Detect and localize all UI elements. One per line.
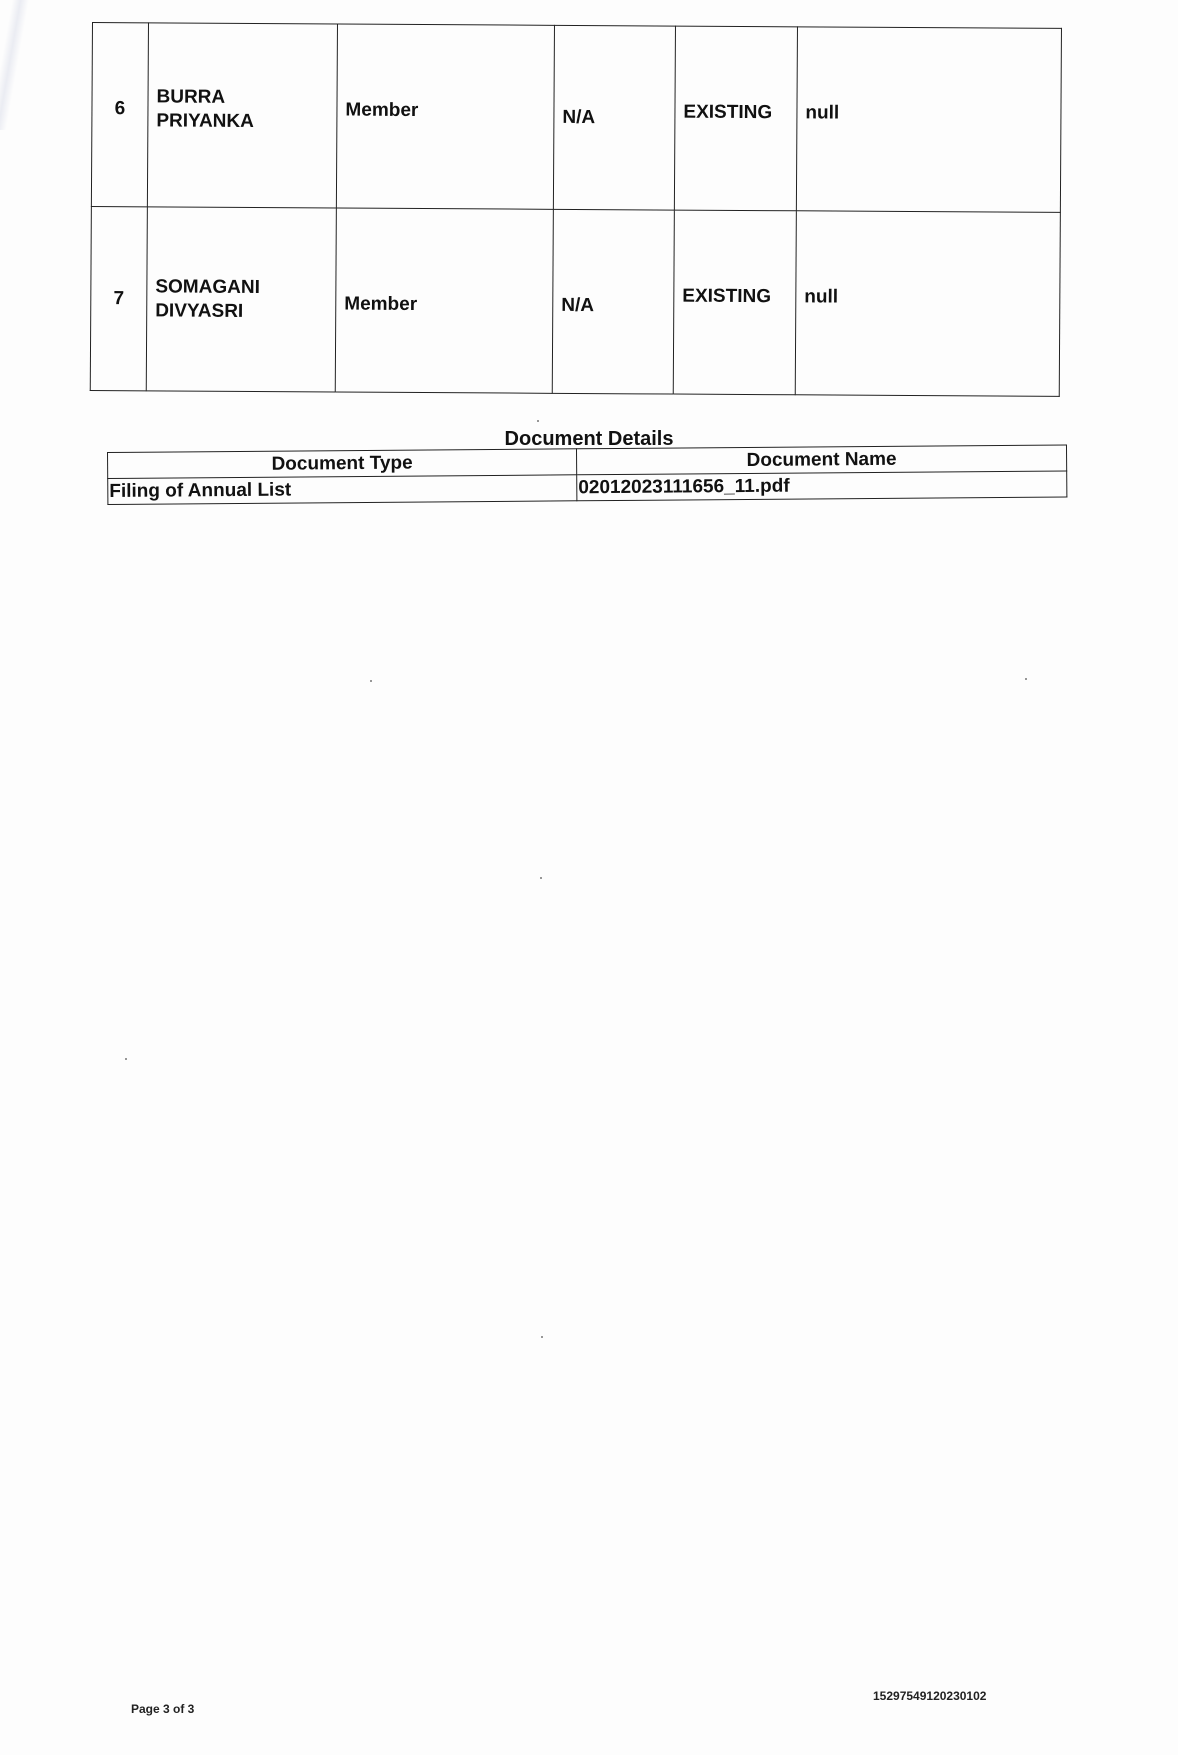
table-row: 7 SOMAGANI DIVYASRI Member N/A EXISTING …: [90, 206, 1060, 396]
member-role-text: Member: [345, 99, 418, 120]
member-status-text: EXISTING: [682, 285, 771, 307]
header-document-type: Document Type: [108, 449, 577, 479]
scan-edge-artifact: [0, 0, 40, 130]
scan-speck: [370, 680, 372, 682]
member-designation: N/A: [552, 209, 674, 394]
members-table: 6 BURRA PRIYANKA Member N/A EXISTING nul…: [90, 22, 1062, 397]
document-details-table: Document Type Document Name Filing of An…: [107, 444, 1067, 505]
row-number-text: 6: [115, 98, 126, 119]
member-name-line2: PRIYANKA: [156, 109, 328, 134]
member-name-text: SOMAGANI DIVYASRI: [155, 275, 327, 324]
member-name: BURRA PRIYANKA: [147, 23, 337, 208]
member-status-text: EXISTING: [683, 101, 772, 123]
document-id: 15297549120230102: [873, 1689, 986, 1703]
member-designation-text: N/A: [561, 294, 594, 315]
document-type-cell: Filing of Annual List: [108, 475, 577, 505]
member-name-text: BURRA PRIYANKA: [156, 85, 328, 134]
row-number: 6: [91, 23, 148, 207]
member-role-text: Member: [344, 293, 417, 314]
member-name-line1: SOMAGANI: [155, 275, 327, 300]
scan-speck: [540, 877, 542, 879]
member-extra-text: null: [805, 102, 839, 123]
member-name-line2: DIVYASRI: [155, 299, 327, 324]
scan-speck: [1025, 678, 1027, 680]
row-number: 7: [90, 206, 147, 390]
header-document-name: Document Name: [576, 445, 1066, 475]
member-extra: null: [795, 211, 1060, 397]
scan-speck: [125, 1058, 127, 1060]
member-extra: null: [796, 27, 1061, 213]
member-extra-text: null: [804, 286, 838, 307]
member-role: Member: [336, 24, 554, 209]
row-number-text: 7: [113, 288, 124, 309]
document-name-cell: 02012023111656_11.pdf: [577, 471, 1067, 501]
member-name-line1: BURRA: [156, 85, 328, 110]
member-designation-text: N/A: [562, 106, 595, 127]
member-status: EXISTING: [674, 26, 797, 211]
scan-speck: [537, 420, 539, 422]
member-status: EXISTING: [673, 210, 796, 395]
member-designation: N/A: [553, 25, 675, 210]
member-name: SOMAGANI DIVYASRI: [146, 207, 336, 392]
page-number: Page 3 of 3: [131, 1702, 194, 1716]
scan-speck: [541, 1336, 543, 1338]
member-role: Member: [335, 208, 553, 393]
table-row: 6 BURRA PRIYANKA Member N/A EXISTING nul…: [91, 23, 1061, 213]
